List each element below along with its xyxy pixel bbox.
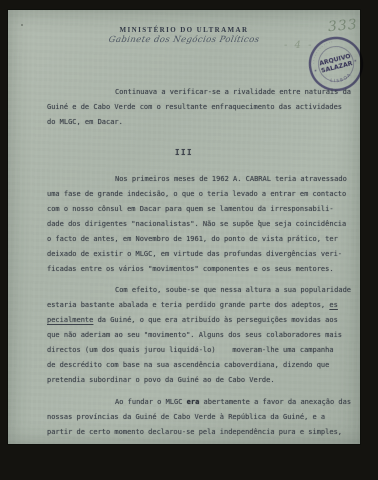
document-page: MINISTÉRIO DO ULTRAMAR Gabinete dos Negó… xyxy=(8,10,360,444)
typed-line: do MLGC, em Dacar. xyxy=(47,115,351,130)
section-heading-roman-numeral: III xyxy=(8,148,360,157)
typed-line: Ao fundar o MLGC era abertamente a favor… xyxy=(47,395,351,410)
underlined-typed-text: es xyxy=(329,301,337,309)
typed-line: deixado de existir o MLGC, em virtude da… xyxy=(47,247,347,262)
paragraph-1: Continuava a verificar-se a rivalidade e… xyxy=(47,85,351,130)
stamp-star-left-icon: ✶ xyxy=(313,68,317,75)
ministry-letterhead: MINISTÉRIO DO ULTRAMAR xyxy=(8,26,360,34)
typed-line: uma fase de grande indecisão, o que o te… xyxy=(47,187,347,202)
typed-line: de descrédito com base na sua ascendênci… xyxy=(47,358,351,373)
typed-line: partir de certo momento declarou-se pela… xyxy=(47,425,351,440)
stamp-star-right-icon: ✶ xyxy=(353,58,357,65)
stamp-arc-bottom-text: LISBOA xyxy=(328,71,353,85)
scanned-archive-photo: { "document": { "header": { "ministry": … xyxy=(0,0,378,480)
svg-text:LISBOA: LISBOA xyxy=(328,71,353,85)
typed-line: ficadas entre os vários "movimentos" com… xyxy=(47,262,347,277)
paper-speck xyxy=(258,220,260,222)
paragraph-2: Nos primeiros meses de 1962 A. CABRAL te… xyxy=(47,172,347,277)
typed-text: da Guiné, o que era atribuído às persegu… xyxy=(93,316,337,324)
typed-text: estaria bastante abalada e teria perdido… xyxy=(47,301,329,309)
paragraph-4: Ao fundar o MLGC era abertamente a favor… xyxy=(47,395,351,440)
typed-text: Ao fundar o MLGC xyxy=(115,398,187,406)
typed-line: estaria bastante abalada e teria perdido… xyxy=(47,298,351,313)
overtyped-word: era xyxy=(187,398,200,406)
typed-line: pecialmente da Guiné, o que era atribuíd… xyxy=(47,313,351,328)
typed-line: Guiné e de Cabo Verde com o resultante e… xyxy=(47,100,351,115)
typed-line: o facto de antes, em Novembro de 1961, d… xyxy=(47,232,347,247)
typed-line: nossas províncias da Guiné de Cabo Verde… xyxy=(47,410,351,425)
typed-line: Com efeito, soube-se que nessa altura a … xyxy=(47,283,351,298)
underlined-typed-text: pecialmente xyxy=(47,316,93,324)
typed-line: Continuava a verificar-se a rivalidade e… xyxy=(47,85,351,100)
typed-line: que não aderiam ao seu "movimento". Algu… xyxy=(47,328,351,343)
paper-speck xyxy=(21,24,23,26)
typed-line: com o nosso cônsul em Dacar para quem se… xyxy=(47,202,347,217)
typed-line: Nos primeiros meses de 1962 A. CABRAL te… xyxy=(47,172,347,187)
paragraph-3: Com efeito, soube-se que nessa altura a … xyxy=(47,283,351,388)
typed-line: directos (um dos quais jurou liquidá-lo)… xyxy=(47,343,351,358)
typed-line: dade dos dirigentes "nacionalistas". Não… xyxy=(47,217,347,232)
typed-line: pretendia subordinar o povo da Guiné ao … xyxy=(47,373,351,388)
typed-text: abertamente a favor da anexação das xyxy=(199,398,351,406)
